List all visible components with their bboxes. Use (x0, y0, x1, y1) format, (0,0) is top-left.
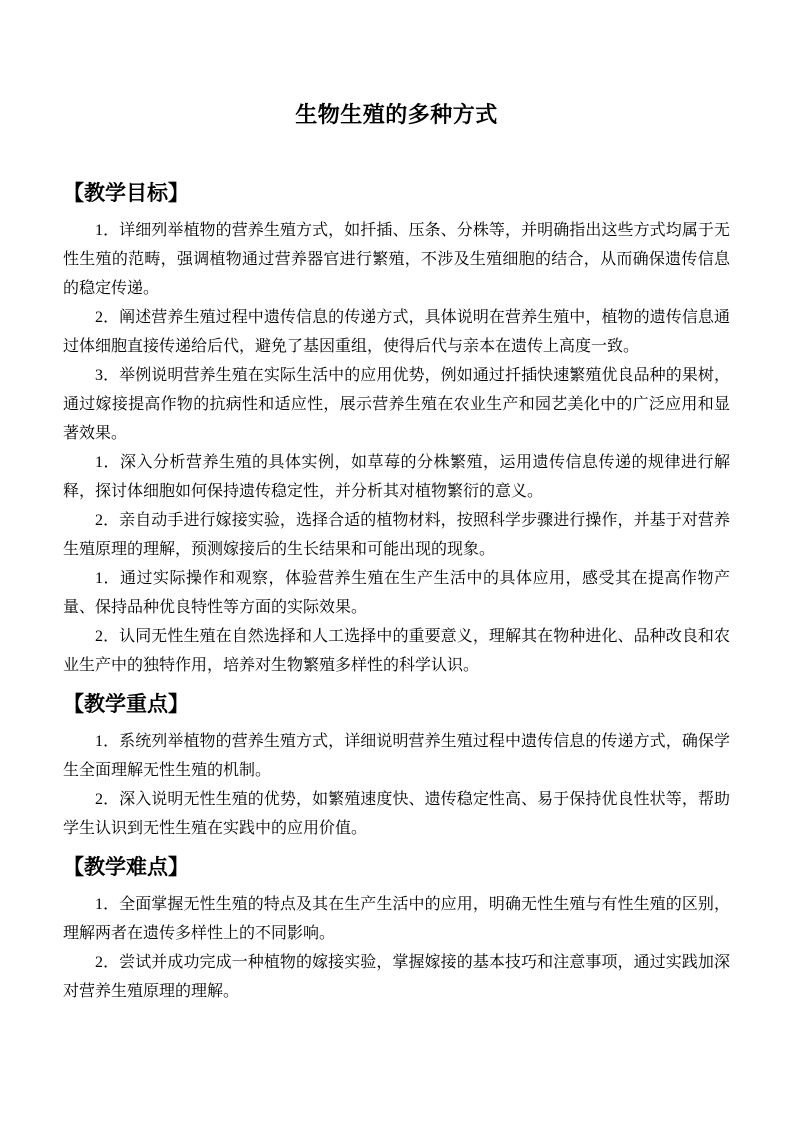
key-points-paragraph-2: 2．深入说明无性生殖的优势，如繁殖速度快、遗传稳定性高、易于保持优良性状等，帮助… (63, 785, 730, 843)
section-heading-key-points: 【教学重点】 (63, 690, 730, 718)
objectives-paragraph-5: 2．亲自动手进行嫁接实验，选择合适的植物材料，按照科学步骤进行操作，并基于对营养… (63, 506, 730, 564)
difficulties-paragraph-2: 2．尝试并成功完成一种植物的嫁接实验，掌握嫁接的基本技巧和注意事项，通过实践加深… (63, 948, 730, 1006)
section-heading-difficulties: 【教学难点】 (63, 853, 730, 881)
section-teaching-key-points: 【教学重点】 1．系统列举植物的营养生殖方式，详细说明营养生殖过程中遗传信息的传… (63, 690, 730, 843)
objectives-paragraph-6: 1．通过实际操作和观察，体验营养生殖在生产生活中的具体应用，感受其在提高作物产量… (63, 564, 730, 622)
objectives-paragraph-7: 2．认同无性生殖在自然选择和人工选择中的重要意义，理解其在物种进化、品种改良和农… (63, 622, 730, 680)
objectives-paragraph-4: 1．深入分析营养生殖的具体实例，如草莓的分株繁殖，运用遗传信息传递的规律进行解释… (63, 448, 730, 506)
document-title: 生物生殖的多种方式 (63, 100, 730, 130)
section-teaching-difficulties: 【教学难点】 1．全面掌握无性生殖的特点及其在生产生活中的应用，明确无性生殖与有… (63, 853, 730, 1006)
objectives-paragraph-1: 1．详细列举植物的营养生殖方式，如扦插、压条、分株等，并明确指出这些方式均属于无… (63, 216, 730, 303)
key-points-paragraph-1: 1．系统列举植物的营养生殖方式，详细说明营养生殖过程中遗传信息的传递方式，确保学… (63, 727, 730, 785)
objectives-paragraph-3: 3．举例说明营养生殖在实际生活中的应用优势，例如通过扦插快速繁殖优良品种的果树，… (63, 361, 730, 448)
section-heading-objectives: 【教学目标】 (63, 179, 730, 207)
difficulties-paragraph-1: 1．全面掌握无性生殖的特点及其在生产生活中的应用，明确无性生殖与有性生殖的区别，… (63, 890, 730, 948)
document-page: 生物生殖的多种方式 【教学目标】 1．详细列举植物的营养生殖方式，如扦插、压条、… (0, 0, 794, 1123)
objectives-paragraph-2: 2．阐述营养生殖过程中遗传信息的传递方式，具体说明在营养生殖中，植物的遗传信息通… (63, 303, 730, 361)
section-teaching-objectives: 【教学目标】 1．详细列举植物的营养生殖方式，如扦插、压条、分株等，并明确指出这… (63, 179, 730, 680)
